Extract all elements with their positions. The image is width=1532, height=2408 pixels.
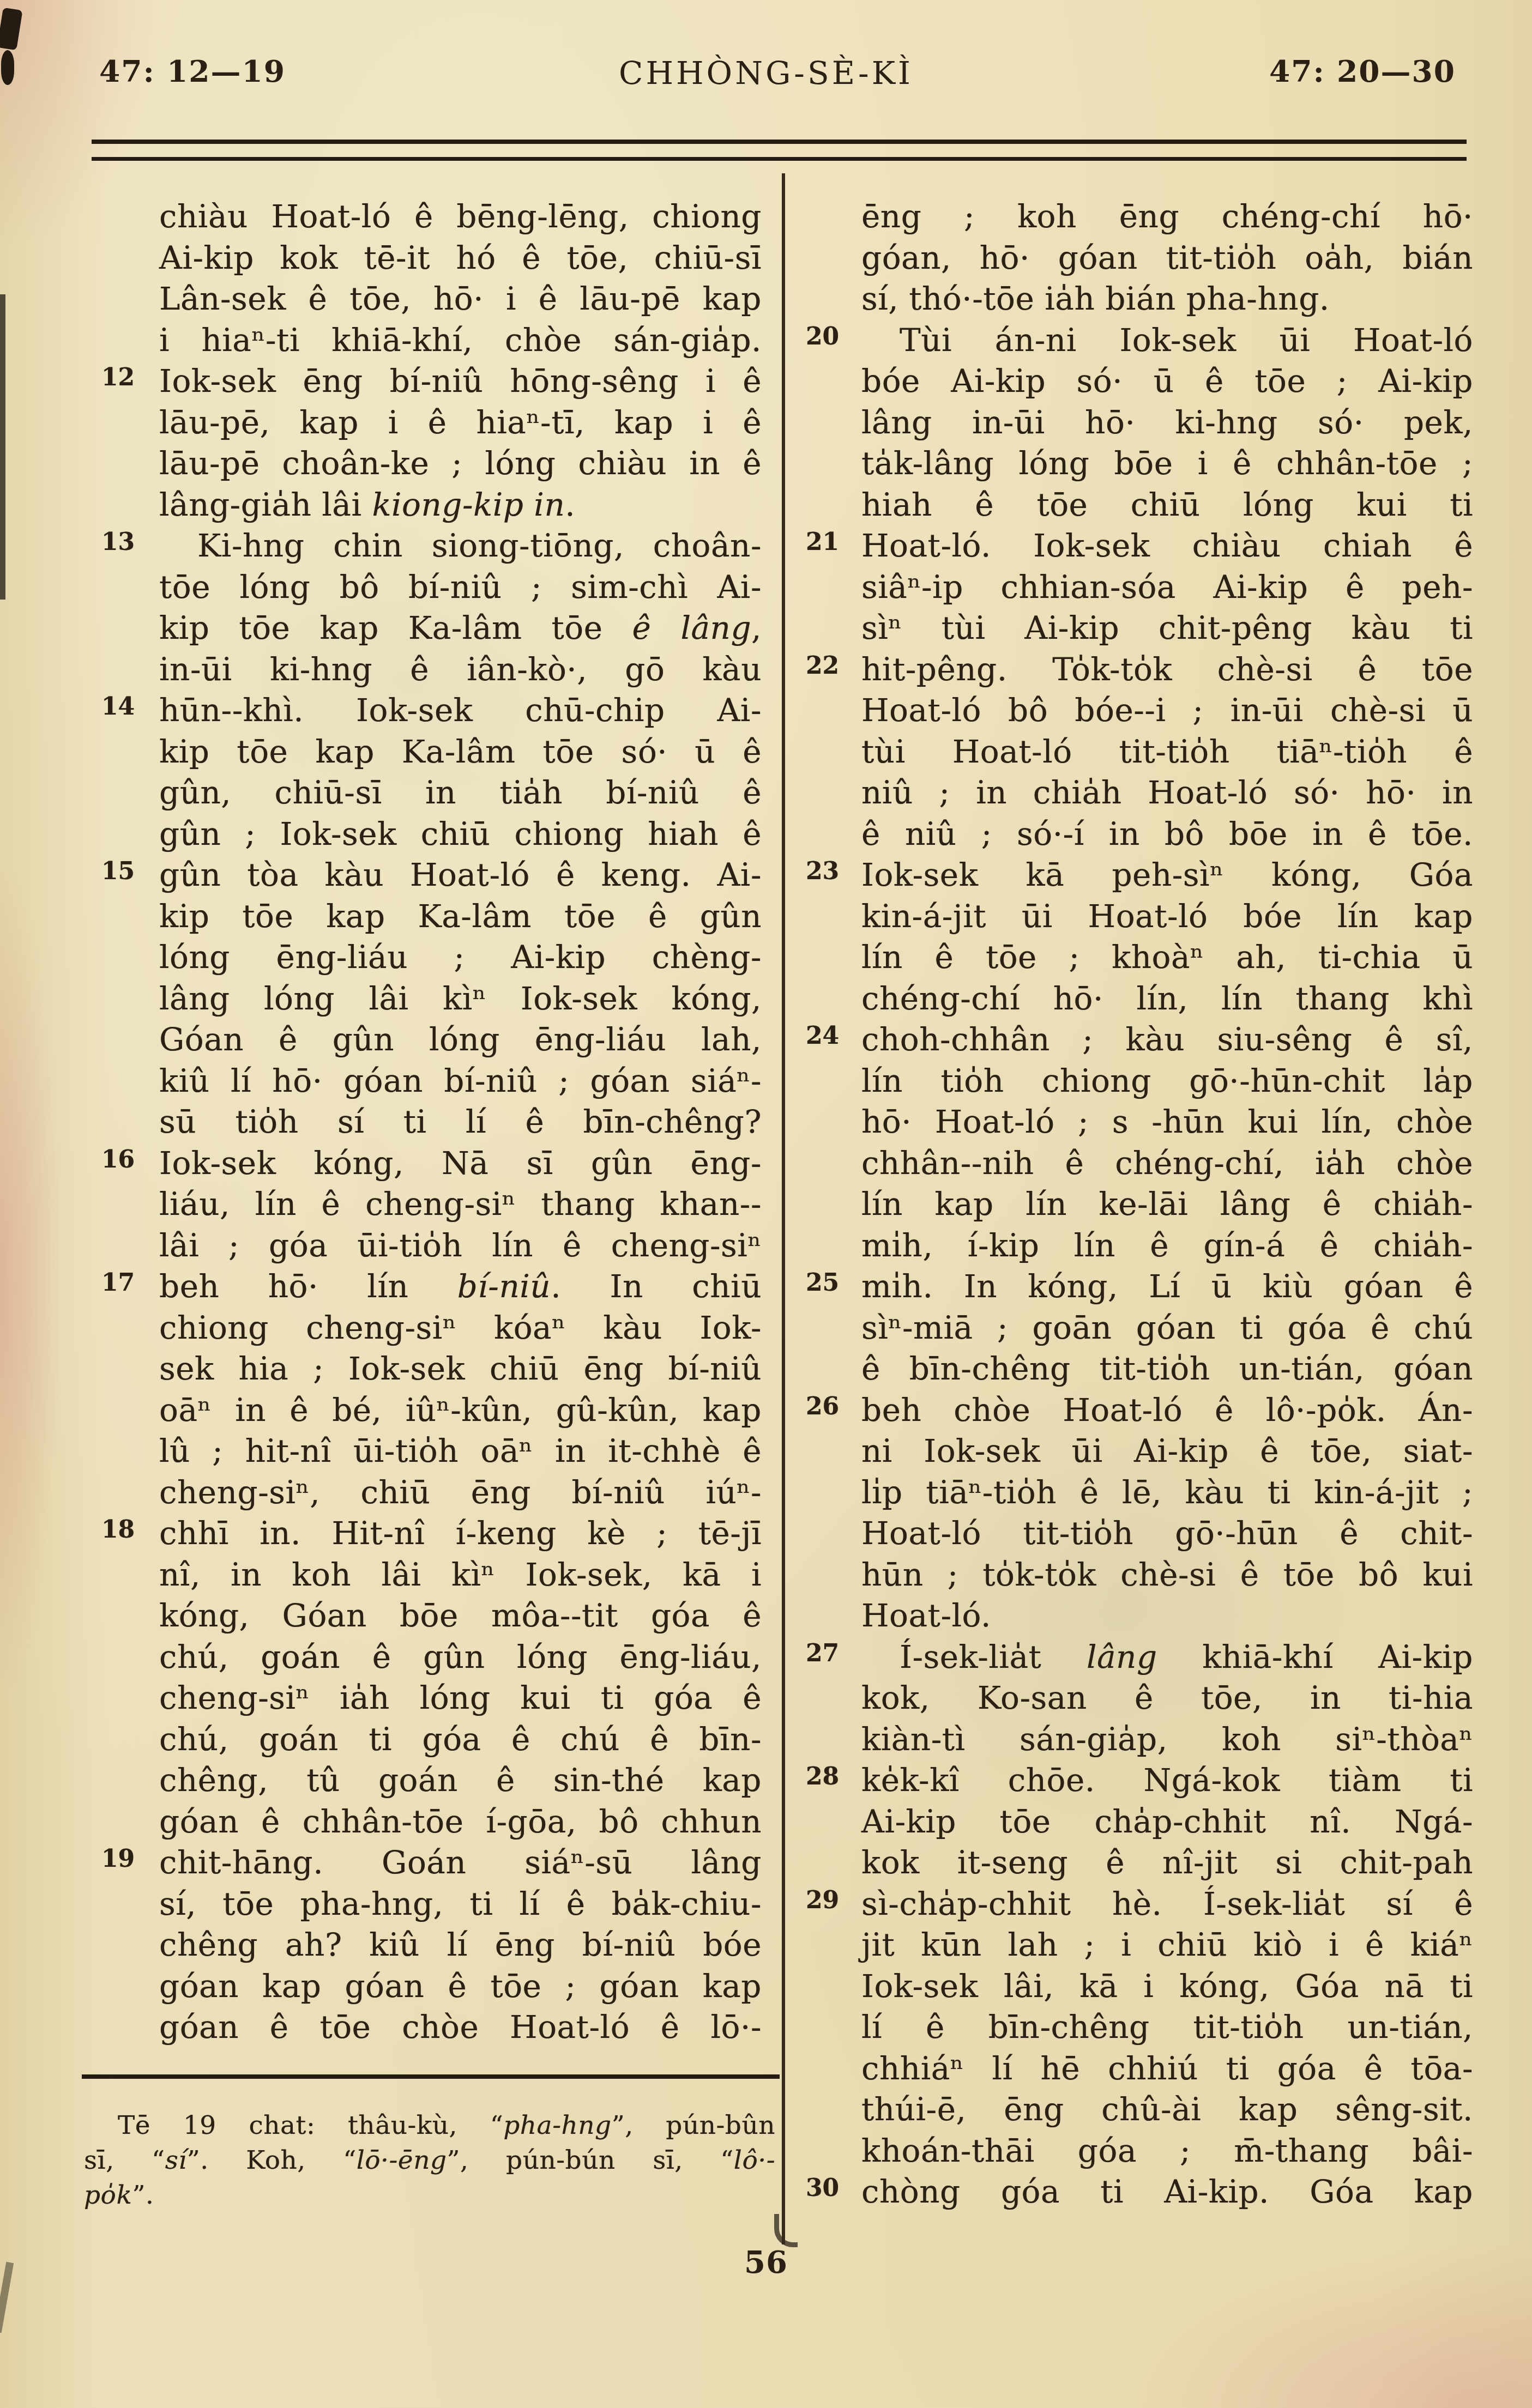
text-segment: Hoat-ló tit-tio̍h gō·-hūn ê chit-: [861, 1515, 1473, 1552]
text-segment: lâng-gia̍h lâi: [159, 486, 372, 523]
text-segment: Iok-sek kóng, Nā sī gûn ēng-: [159, 1145, 762, 1182]
text-segment: beh chòe Hoat-ló ê lô·-po̍k. Án-: [861, 1391, 1473, 1429]
text-line: 18chhī in. Hit-nî í-keng kè ; tē-jī: [159, 1513, 762, 1554]
italic-text-segment: lō·-ēng: [357, 2145, 447, 2175]
text-line: po̍k”.: [84, 2178, 775, 2213]
text-line: chiong cheng-siⁿ kóaⁿ kàu Iok-: [159, 1308, 762, 1349]
text-segment: chiong cheng-siⁿ kóaⁿ kàu Iok-: [159, 1309, 762, 1346]
pink-stain-left-edge: [0, 872, 60, 1690]
text-segment: chhiáⁿ lí hē chhiú ti góa ê tōa-: [861, 2050, 1473, 2087]
verse-number: 24: [806, 1024, 855, 1048]
text-line: Lân-sek ê tōe, hō· i ê lāu-pē kap: [159, 279, 762, 320]
verse-number: 25: [806, 1271, 855, 1295]
verse-number: 19: [101, 1847, 150, 1871]
text-segment: chhân--nih ê chéng-chí, ia̍h chòe: [861, 1145, 1473, 1182]
text-line: lâng in-ūi hō· ki-hng só· pek,: [861, 402, 1473, 444]
text-line: 30chòng góa ti Ai-kip. Góa kap: [861, 2171, 1473, 2213]
verse-number: 12: [101, 366, 150, 390]
text-segment: ni Iok-sek ūi Ai-kip ê tōe, siat-: [861, 1432, 1473, 1469]
text-segment: kip tōe kap Ka-lâm tōe: [159, 609, 632, 646]
text-line: lí ê bīn-chêng tit-tio̍h un-tián,: [861, 2007, 1473, 2048]
text-line: bóe Ai-kip só· ū ê tōe ; Ai-kip: [861, 361, 1473, 402]
text-segment: beh hō· lín: [159, 1268, 457, 1305]
text-line: chêng, tû goán ê sin-thé kap: [159, 1760, 762, 1801]
text-segment: kiû lí hō· góan bí-niû ; góan siáⁿ-: [159, 1062, 762, 1099]
text-line: 26beh chòe Hoat-ló ê lô·-po̍k. Án-: [861, 1390, 1473, 1431]
text-segment: góan, hō· góan tit-tio̍h oa̍h, bián: [861, 239, 1473, 276]
column-divider-rule: [782, 173, 785, 2244]
text-segment: Ai-kip kok tē-it hó ê tōe, chiū-sī: [159, 239, 762, 276]
text-line: ê bīn-chêng tit-tio̍h un-tián, góan: [861, 1348, 1473, 1390]
text-line: sìⁿ-miā ; goān góan ti góa ê chú: [861, 1308, 1473, 1349]
text-segment: jit kūn lah ; i chiū kiò i ê kiáⁿ: [861, 1926, 1473, 1963]
text-line: 20Tùi án-ni Iok-sek ūi Hoat-ló: [861, 320, 1473, 361]
text-line: góan kap góan ê tōe ; góan kap: [159, 1966, 762, 2007]
text-line: mi̍h, í-kip lín ê gín-á ê chia̍h-: [861, 1225, 1473, 1267]
italic-text-segment: lâng: [1087, 1638, 1157, 1675]
text-line: i hiaⁿ-ti khiā-khí, chòe sán-gia̍p.: [159, 320, 762, 361]
text-segment: liáu, lín ê cheng-siⁿ thang khan--: [159, 1185, 762, 1223]
text-segment: Hoat-ló.: [861, 1597, 991, 1634]
text-segment: sì-cha̍p-chhit hè. Í-sek-lia̍t sí ê: [861, 1885, 1473, 1922]
text-line: lóng ēng-liáu ; Ai-kip chèng-: [159, 937, 762, 978]
text-line: lâi ; góa ūi-tio̍h lín ê cheng-siⁿ: [159, 1225, 762, 1267]
text-segment: hiah ê tōe chiū lóng kui ti: [861, 486, 1473, 523]
text-line: chhiáⁿ lí hē chhiú ti góa ê tōa-: [861, 2048, 1473, 2090]
text-segment: Í-sek-lia̍t: [900, 1638, 1087, 1675]
text-segment: sí, tōe pha-hng, ti lí ê ba̍k-chiu-: [159, 1885, 762, 1922]
text-line: liáu, lín ê cheng-siⁿ thang khan--: [159, 1184, 762, 1225]
text-line: hō· Hoat-ló ; s -hūn kui lín, chòe: [861, 1102, 1473, 1143]
text-segment: bóe Ai-kip só· ū ê tōe ; Ai-kip: [861, 362, 1473, 400]
text-segment: sìⁿ-miā ; goān góan ti góa ê chú: [861, 1309, 1473, 1346]
verse-number: 17: [101, 1271, 150, 1295]
text-segment: choh-chhân ; kàu siu-sêng ê sî,: [861, 1021, 1473, 1058]
text-line: khoán-thāi góa ; m̄-thang bâi-: [861, 2131, 1473, 2172]
text-segment: Tùi án-ni Iok-sek ūi Hoat-ló: [900, 322, 1473, 359]
text-segment: chêng ah? kiû lí ēng bí-niû bóe: [159, 1926, 762, 1963]
verse-number: 29: [806, 1889, 855, 1913]
text-line: ta̍k-lâng lóng bōe i ê chhân-tōe ;: [861, 443, 1473, 485]
text-line: 27Í-sek-lia̍t lâng khiā-khí Ai-kip: [861, 1637, 1473, 1678]
text-line: 22hit-pêng. To̍k-to̍k chè-si ê tōe: [861, 649, 1473, 691]
text-line: ê niû ; só·-í in bô bōe in ê tōe.: [861, 814, 1473, 855]
text-segment: ê bīn-chêng tit-tio̍h un-tián, góan: [861, 1350, 1473, 1387]
text-segment: khoán-thāi góa ; m̄-thang bâi-: [861, 2132, 1473, 2169]
text-line: gûn, chiū-sī in tia̍h bí-niû ê: [159, 772, 762, 814]
text-segment: hūn ; to̍k-to̍k chè-si ê tōe bô kui: [861, 1556, 1473, 1593]
text-segment: cheng-siⁿ, chiū ēng bí-niû iúⁿ-: [159, 1474, 762, 1511]
scan-edge-mark: [0, 8, 23, 51]
text-segment: in-ūi ki-hng ê iân-kò·, gō kàu: [159, 651, 762, 688]
text-line: 14hūn--khì. Iok-sek chū-chip Ai-: [159, 690, 762, 731]
text-segment: ”.: [132, 2180, 154, 2210]
text-segment: mi̍h, í-kip lín ê gín-á ê chia̍h-: [861, 1227, 1473, 1264]
text-segment: kok, Ko-san ê tōe, in ti-hia: [861, 1679, 1473, 1716]
text-line: thúi-ē, ēng chû-ài kap sêng-sit.: [861, 2089, 1473, 2131]
verse-number: 28: [806, 1765, 855, 1789]
text-segment: nî, in koh lâi kìⁿ Iok-sek, kā i: [159, 1556, 762, 1593]
text-line: jit kūn lah ; i chiū kiò i ê kiáⁿ: [861, 1925, 1473, 1966]
ink-curl-mark: [774, 2214, 798, 2247]
text-line: chhân--nih ê chéng-chí, ia̍h chòe: [861, 1143, 1473, 1184]
verse-number: 26: [806, 1395, 855, 1419]
text-line: Hoat-ló bô bóe--i ; in-ūi chè-si ū: [861, 690, 1473, 731]
column-left: chiàu Hoat-ló ê bēng-lēng, chiongAi-kip …: [159, 196, 762, 2048]
pink-stain-top-left: [0, 0, 164, 251]
text-segment: ê niû ; só·-í in bô bōe in ê tōe.: [861, 815, 1473, 852]
text-line: góan ê tōe chòe Hoat-ló ê lō·-: [159, 2007, 762, 2048]
text-line: 15gûn tòa kàu Hoat-ló ê keng. Ai-: [159, 855, 762, 896]
text-line: 12Iok-sek ēng bí-niû hōng-sêng i ê: [159, 361, 762, 402]
text-line: kip tōe kap Ka-lâm tōe só· ū ê: [159, 731, 762, 773]
header-right-verse-ref: 47: 20—30: [1269, 53, 1456, 89]
text-line: hiah ê tōe chiū lóng kui ti: [861, 485, 1473, 526]
text-segment: Góan ê gûn lóng ēng-liáu lah,: [159, 1021, 762, 1058]
text-line: cheng-siⁿ ia̍h lóng kui ti góa ê: [159, 1678, 762, 1719]
text-segment: lí ê bīn-chêng tit-tio̍h un-tián,: [861, 2008, 1473, 2046]
text-line: tōe lóng bô bí-niû ; sim-chì Ai-: [159, 567, 762, 608]
text-segment: thúi-ē, ēng chû-ài kap sêng-sit.: [861, 2091, 1473, 2128]
page-number: 56: [0, 2244, 1532, 2280]
text-segment: Ki-hng chin siong-tiōng, choân-: [197, 527, 762, 564]
text-line: Hoat-ló.: [861, 1595, 1473, 1637]
text-segment: chéng-chí hō· lín, lín thang khì: [861, 980, 1473, 1017]
text-segment: gûn, chiū-sī in tia̍h bí-niû ê: [159, 774, 762, 811]
text-segment: chhī in. Hit-nî í-keng kè ; tē-jī: [159, 1515, 762, 1552]
italic-text-segment: ê lâng: [632, 609, 751, 646]
text-line: sí, tōe pha-hng, ti lí ê ba̍k-chiu-: [159, 1884, 762, 1925]
text-line: ēng ; koh ēng chéng-chí hō·: [861, 196, 1473, 238]
text-line: Góan ê gûn lóng ēng-liáu lah,: [159, 1019, 762, 1061]
italic-text-segment: po̍k: [84, 2180, 132, 2210]
italic-text-segment: pha-hng: [503, 2110, 611, 2140]
text-line: oāⁿ in ê bé, iûⁿ-kûn, gû-kûn, kap: [159, 1390, 762, 1431]
verse-number: 21: [806, 530, 855, 554]
text-segment: lû ; hit-nî ūi-tio̍h oāⁿ in it-chhè ê: [159, 1432, 762, 1469]
text-segment: gûn ; Iok-sek chiū chiong hiah ê: [159, 815, 762, 852]
verse-number: 14: [101, 695, 150, 719]
text-segment: lāu-pē choân-ke ; lóng chiàu in ê: [159, 445, 762, 482]
verse-number: 18: [101, 1518, 150, 1542]
text-line: ni Iok-sek ūi Ai-kip ê tōe, siat-: [861, 1431, 1473, 1472]
verse-number: 23: [806, 860, 855, 884]
scanned-book-page: 47: 12—19 CHHÒNG-SÈ-KÌ 47: 20—30 chiàu H…: [0, 0, 1532, 2408]
text-segment: ta̍k-lâng lóng bōe i ê chhân-tōe ;: [861, 445, 1473, 482]
text-line: in-ūi ki-hng ê iân-kò·, gō kàu: [159, 649, 762, 691]
text-segment: chòng góa ti Ai-kip. Góa kap: [861, 2173, 1473, 2210]
text-segment: lín kap lín ke-lāi lâng ê chia̍h-: [861, 1185, 1473, 1223]
text-line: kok, Ko-san ê tōe, in ti-hia: [861, 1678, 1473, 1719]
text-segment: gûn tòa kàu Hoat-ló ê keng. Ai-: [159, 856, 762, 893]
text-line: sek hia ; Iok-sek chiū ēng bí-niû: [159, 1348, 762, 1390]
text-line: kóng, Góan bōe môa--tit góa ê: [159, 1595, 762, 1637]
text-line: 21Hoat-ló. Iok-sek chiàu chiah ê: [861, 525, 1473, 567]
text-line: 19chit-hāng. Goán siáⁿ-sū lâng: [159, 1842, 762, 1884]
verse-number: 20: [806, 325, 855, 349]
text-line: tùi Hoat-ló tit-tio̍h tiāⁿ-tio̍h ê: [861, 731, 1473, 773]
text-segment: kip tōe kap Ka-lâm tōe ê gûn: [159, 898, 762, 935]
verse-number: 30: [806, 2176, 855, 2200]
italic-text-segment: lô·-: [734, 2145, 775, 2175]
text-line: chêng ah? kiû lí ēng bí-niû bóe: [159, 1925, 762, 1966]
text-segment: sí, thó·-tōe ia̍h bián pha-hng.: [861, 280, 1330, 317]
text-line: kiû lí hō· góan bí-niû ; góan siáⁿ-: [159, 1061, 762, 1102]
text-segment: . In chiū: [551, 1268, 762, 1305]
text-segment: chú, goán ti góa ê chú ê bīn-: [159, 1721, 762, 1758]
text-segment: góan ê tōe chòe Hoat-ló ê lō·-: [159, 2008, 762, 2046]
text-line: hūn ; to̍k-to̍k chè-si ê tōe bô kui: [861, 1554, 1473, 1596]
text-line: siâⁿ-ip chhian-sóa Ai-kip ê peh-: [861, 567, 1473, 608]
text-line: sī, “sí”. Koh, “lō·-ēng”, pún-bún sī, “l…: [84, 2143, 775, 2178]
text-segment: lâng in-ūi hō· ki-hng só· pek,: [861, 404, 1473, 441]
text-segment: hit-pêng. To̍k-to̍k chè-si ê tōe: [861, 651, 1473, 688]
text-line: gûn ; Iok-sek chiū chiong hiah ê: [159, 814, 762, 855]
text-segment: góan kap góan ê tōe ; góan kap: [159, 1968, 762, 2005]
text-line: 29sì-cha̍p-chhit hè. Í-sek-lia̍t sí ê: [861, 1884, 1473, 1925]
text-line: chú, goán ti góa ê chú ê bīn-: [159, 1719, 762, 1760]
text-line: cheng-siⁿ, chiū ēng bí-niû iúⁿ-: [159, 1472, 762, 1514]
text-segment: hūn--khì. Iok-sek chū-chip Ai-: [159, 692, 762, 729]
text-line: 17beh hō· lín bí-niû. In chiū: [159, 1266, 762, 1308]
text-line: lāu-pē, kap i ê hiaⁿ-tī, kap i ê: [159, 402, 762, 444]
text-segment: mi̍h. In kóng, Lí ū kiù góan ê: [861, 1268, 1473, 1305]
text-line: lín kap lín ke-lāi lâng ê chia̍h-: [861, 1184, 1473, 1225]
text-segment: ”, pún-bûn: [612, 2110, 775, 2140]
text-segment: kin-á-jit ūi Hoat-ló bóe lín kap: [861, 898, 1473, 935]
text-segment: .: [565, 486, 575, 523]
text-segment: kip tōe kap Ka-lâm tōe só· ū ê: [159, 733, 762, 770]
text-segment: tùi Hoat-ló tit-tio̍h tiāⁿ-tio̍h ê: [861, 733, 1473, 770]
text-segment: kiàn-tì sán-gia̍p, koh siⁿ-thòaⁿ: [861, 1721, 1473, 1758]
text-segment: sìⁿ tùi Ai-kip chit-pêng kàu ti: [861, 609, 1473, 646]
text-line: chéng-chí hō· lín, lín thang khì: [861, 978, 1473, 1020]
text-line: lâng lóng lâi kìⁿ Iok-sek kóng,: [159, 978, 762, 1020]
text-segment: Lân-sek ê tōe, hō· i ê lāu-pē kap: [159, 280, 762, 317]
text-line: 24choh-chhân ; kàu siu-sêng ê sî,: [861, 1019, 1473, 1061]
footnote-rule: [82, 2074, 780, 2079]
verse-number: 27: [806, 1642, 855, 1666]
text-line: lû ; hit-nî ūi-tio̍h oāⁿ in it-chhè ê: [159, 1431, 762, 1472]
text-line: kip tōe kap Ka-lâm tōe ê gûn: [159, 896, 762, 937]
text-line: sí, thó·-tōe ia̍h bián pha-hng.: [861, 279, 1473, 320]
text-segment: ēng ; koh ēng chéng-chí hō·: [861, 198, 1473, 235]
text-line: 23Iok-sek kā peh-sìⁿ kóng, Góa: [861, 855, 1473, 896]
text-line: Ai-kip tōe cha̍p-chhit nî. Ngá-: [861, 1801, 1473, 1843]
text-line: Tē 19 chat: thâu-kù, “pha-hng”, pún-bûn: [84, 2108, 775, 2143]
italic-text-segment: bí-niû: [457, 1268, 551, 1305]
text-line: nî, in koh lâi kìⁿ Iok-sek, kā i: [159, 1554, 762, 1596]
text-segment: Ai-kip tōe cha̍p-chhit nî. Ngá-: [861, 1803, 1473, 1840]
text-line: Hoat-ló tit-tio̍h gō·-hūn ê chit-: [861, 1513, 1473, 1554]
column-right: ēng ; koh ēng chéng-chí hō·góan, hō· góa…: [861, 196, 1473, 2213]
text-segment: kóng, Góan bōe môa--tit góa ê: [159, 1597, 762, 1634]
text-segment: ,: [751, 609, 762, 646]
text-segment: góan ê chhân-tōe í-gōa, bô chhun: [159, 1803, 762, 1840]
text-line: li̍p tiāⁿ-tio̍h ê lē, kàu ti kin-á-jit ;: [861, 1472, 1473, 1514]
text-segment: lín ê tōe ; khoàⁿ ah, ti-chia ū: [861, 939, 1473, 976]
text-segment: lóng ēng-liáu ; Ai-kip chèng-: [159, 939, 762, 976]
text-segment: i hiaⁿ-ti khiā-khí, chòe sán-gia̍p.: [159, 322, 762, 359]
text-segment: siâⁿ-ip chhian-sóa Ai-kip ê peh-: [861, 568, 1473, 606]
text-segment: tōe lóng bô bí-niû ; sim-chì Ai-: [159, 568, 762, 606]
text-segment: chit-hāng. Goán siáⁿ-sū lâng: [159, 1844, 762, 1881]
text-segment: oāⁿ in ê bé, iûⁿ-kûn, gû-kûn, kap: [159, 1391, 762, 1429]
text-segment: lín tio̍h chiong gō·-hūn-chit la̍p: [861, 1062, 1473, 1099]
verse-number: 15: [101, 860, 150, 884]
text-segment: lāu-pē, kap i ê hiaⁿ-tī, kap i ê: [159, 404, 762, 441]
text-segment: cheng-siⁿ ia̍h lóng kui ti góa ê: [159, 1679, 762, 1716]
text-segment: Tē 19 chat: thâu-kù, “: [118, 2110, 503, 2140]
verse-number: 13: [101, 530, 150, 554]
text-line: lín tio̍h chiong gō·-hūn-chit la̍p: [861, 1061, 1473, 1102]
text-line: kip tōe kap Ka-lâm tōe ê lâng,: [159, 608, 762, 649]
text-line: 25mi̍h. In kóng, Lí ū kiù góan ê: [861, 1266, 1473, 1308]
text-line: sìⁿ tùi Ai-kip chit-pêng kàu ti: [861, 608, 1473, 649]
italic-text-segment: sí: [165, 2145, 187, 2175]
scan-edge-mark: [0, 294, 5, 600]
text-line: Ai-kip kok tē-it hó ê tōe, chiū-sī: [159, 238, 762, 279]
text-line: lāu-pē choân-ke ; lóng chiàu in ê: [159, 443, 762, 485]
text-segment: Hoat-ló bô bóe--i ; in-ūi chè-si ū: [861, 692, 1473, 729]
text-segment: hō· Hoat-ló ; s -hūn kui lín, chòe: [861, 1103, 1473, 1140]
text-line: lâng-gia̍h lâi kiong-kip in.: [159, 485, 762, 526]
text-line: chiàu Hoat-ló ê bēng-lēng, chiong: [159, 196, 762, 238]
text-segment: Iok-sek lâi, kā i kóng, Góa nā ti: [861, 1968, 1473, 2005]
footnote: Tē 19 chat: thâu-kù, “pha-hng”, pún-bûns…: [84, 2108, 775, 2213]
text-segment: kok it-seng ê nî-jit si chit-pah: [861, 1844, 1473, 1881]
text-line: góan ê chhân-tōe í-gōa, bô chhun: [159, 1801, 762, 1843]
text-line: 16Iok-sek kóng, Nā sī gûn ēng-: [159, 1143, 762, 1184]
text-segment: li̍p tiāⁿ-tio̍h ê lē, kàu ti kin-á-jit ;: [861, 1474, 1473, 1511]
text-line: kok it-seng ê nî-jit si chit-pah: [861, 1842, 1473, 1884]
text-segment: ”, pún-bún sī, “: [447, 2145, 734, 2175]
text-segment: ”. Koh, “: [187, 2145, 357, 2175]
text-segment: Iok-sek kā peh-sìⁿ kóng, Góa: [861, 856, 1473, 893]
text-line: kin-á-jit ūi Hoat-ló bóe lín kap: [861, 896, 1473, 937]
text-segment: chiàu Hoat-ló ê bēng-lēng, chiong: [159, 198, 762, 235]
header-double-rule: [92, 140, 1467, 161]
text-line: lín ê tōe ; khoàⁿ ah, ti-chia ū: [861, 937, 1473, 978]
text-segment: khiā-khí Ai-kip: [1157, 1638, 1473, 1675]
text-segment: sū tio̍h sí ti lí ê bīn-chêng?: [159, 1103, 762, 1140]
text-line: 13Ki-hng chin siong-tiōng, choân-: [159, 525, 762, 567]
text-segment: ke̍k-kî chōe. Ngá-kok tiàm ti: [861, 1762, 1473, 1799]
text-segment: lâng lóng lâi kìⁿ Iok-sek kóng,: [159, 980, 762, 1017]
text-segment: sī, “: [84, 2145, 165, 2175]
text-line: sū tio̍h sí ti lí ê bīn-chêng?: [159, 1102, 762, 1143]
text-segment: Hoat-ló. Iok-sek chiàu chiah ê: [861, 527, 1473, 564]
text-segment: chú, goán ê gûn lóng ēng-liáu,: [159, 1638, 762, 1675]
text-segment: Iok-sek ēng bí-niû hōng-sêng i ê: [159, 362, 762, 400]
text-line: 28ke̍k-kî chōe. Ngá-kok tiàm ti: [861, 1760, 1473, 1801]
text-segment: sek hia ; Iok-sek chiū ēng bí-niû: [159, 1350, 762, 1387]
text-segment: lâi ; góa ūi-tio̍h lín ê cheng-siⁿ: [159, 1227, 762, 1264]
text-line: kiàn-tì sán-gia̍p, koh siⁿ-thòaⁿ: [861, 1719, 1473, 1760]
italic-text-segment: kiong-kip in: [372, 486, 565, 523]
verse-number: 16: [101, 1148, 150, 1172]
text-segment: niû ; in chia̍h Hoat-ló só· hō· in: [861, 774, 1473, 811]
text-line: Iok-sek lâi, kā i kóng, Góa nā ti: [861, 1966, 1473, 2007]
text-segment: chêng, tû goán ê sin-thé kap: [159, 1762, 762, 1799]
text-line: góan, hō· góan tit-tio̍h oa̍h, bián: [861, 238, 1473, 279]
text-line: niû ; in chia̍h Hoat-ló só· hō· in: [861, 772, 1473, 814]
verse-number: 22: [806, 654, 855, 678]
text-line: chú, goán ê gûn lóng ēng-liáu,: [159, 1637, 762, 1678]
